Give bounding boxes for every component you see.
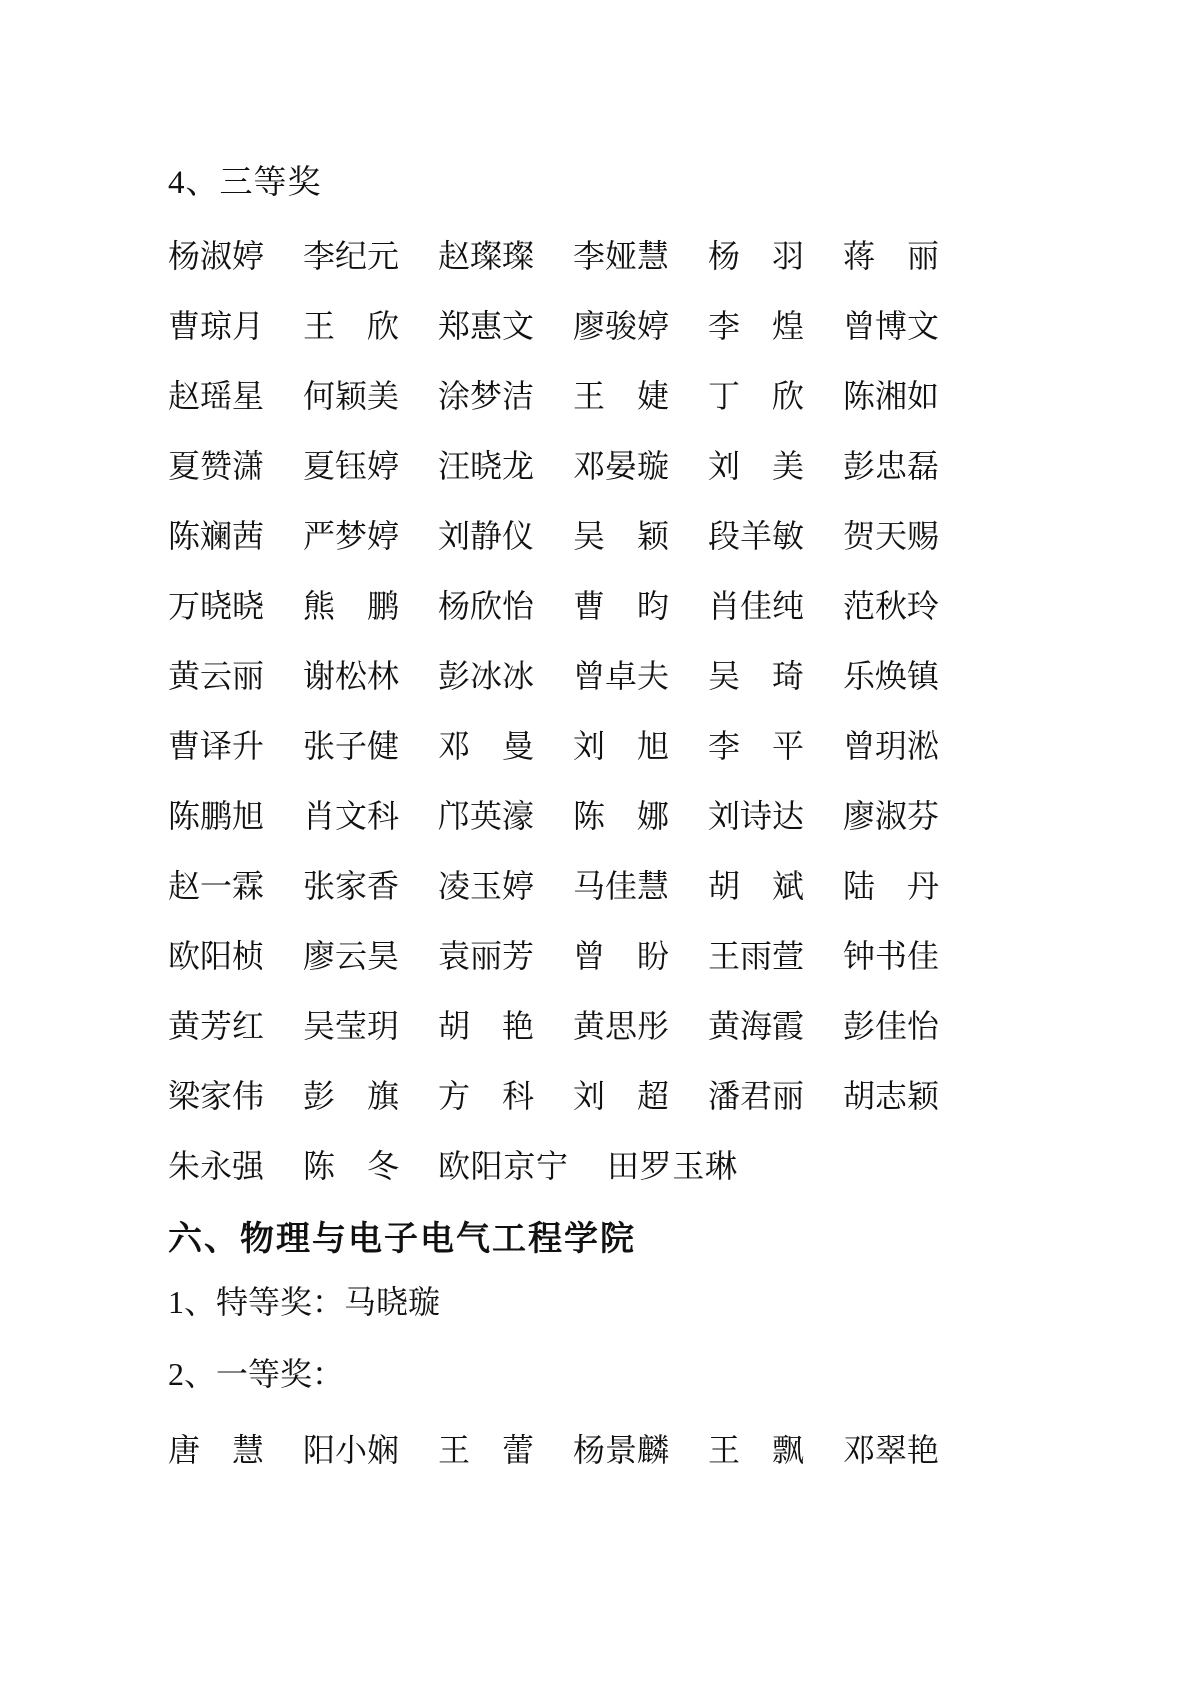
person-name: 李 平 <box>708 729 804 763</box>
person-name: 蒋 丽 <box>843 239 939 273</box>
person-name: 夏钰婷 <box>303 449 399 483</box>
person-name: 丁 欣 <box>708 379 804 413</box>
person-name: 彭忠磊 <box>843 449 939 483</box>
person-name: 王雨萱 <box>708 939 804 973</box>
name-row: 曹琼月王 欣郑惠文廖骏婷李 煌曾博文 <box>168 309 1101 343</box>
name-row: 万晓晓熊 鹏杨欣怡曹 昀肖佳纯范秋玲 <box>168 589 1101 623</box>
person-name: 方 科 <box>438 1079 534 1113</box>
person-name: 汪晓龙 <box>438 449 534 483</box>
person-name: 朱永强 <box>168 1149 264 1183</box>
person-name: 曾博文 <box>843 309 939 343</box>
person-name: 曾 盼 <box>573 939 669 973</box>
person-name: 邝英濠 <box>438 799 534 833</box>
person-name: 范秋玲 <box>843 589 939 623</box>
person-name: 杨淑婷 <box>168 239 264 273</box>
person-name: 陈斓茜 <box>168 519 264 553</box>
name-row: 黄芳红吴莹玥胡 艳黄思彤黄海霞彭佳怡 <box>168 1009 1101 1043</box>
first-prize-name-row: 唐 慧阳小娴王 蕾杨景麟王 飘邓翠艳 <box>168 1433 1101 1467</box>
person-name: 廖骏婷 <box>573 309 669 343</box>
person-name: 张家香 <box>303 869 399 903</box>
name-row: 赵一霖张家香凌玉婷马佳慧胡 斌陆 丹 <box>168 869 1101 903</box>
person-name: 贺天赐 <box>843 519 939 553</box>
person-name: 廖淑芬 <box>843 799 939 833</box>
name-row: 黄云丽谢松林彭冰冰曾卓夫吴 琦乐焕镇 <box>168 659 1101 693</box>
person-name: 袁丽芳 <box>438 939 534 973</box>
person-name: 王 蕾 <box>438 1433 534 1467</box>
person-name: 杨景麟 <box>573 1433 669 1467</box>
person-name: 彭佳怡 <box>843 1009 939 1043</box>
person-name: 王 飘 <box>708 1433 804 1467</box>
person-name: 黄海霞 <box>708 1009 804 1043</box>
special-prize-label: 1、特等奖： <box>168 1284 344 1320</box>
name-row: 曹译升张子健邓 曼刘 旭李 平曾玥淞 <box>168 729 1101 763</box>
first-prize-label-line: 2、一等奖： <box>168 1357 1101 1391</box>
person-name: 廖云昊 <box>303 939 399 973</box>
person-name: 李 煌 <box>708 309 804 343</box>
person-name: 严梦婷 <box>303 519 399 553</box>
person-name: 张子健 <box>303 729 399 763</box>
person-name: 郑惠文 <box>438 309 534 343</box>
person-name: 王 欣 <box>303 309 399 343</box>
special-prize-winner-name: 马晓璇 <box>344 1284 440 1320</box>
person-name: 吴 琦 <box>708 659 804 693</box>
person-name: 赵瑶星 <box>168 379 264 413</box>
third-prize-name-grid: 杨淑婷李纪元赵璨璨李娅慧杨 羽蒋 丽曹琼月王 欣郑惠文廖骏婷李 煌曾博文赵瑶星何… <box>168 239 1101 1183</box>
person-name: 田罗玉琳 <box>607 1149 737 1183</box>
name-row: 梁家伟彭 旗方 科刘 超潘君丽胡志颖 <box>168 1079 1101 1113</box>
person-name: 欧阳京宁 <box>438 1149 568 1183</box>
person-name: 刘 美 <box>708 449 804 483</box>
person-name: 何颖美 <box>303 379 399 413</box>
person-name: 潘君丽 <box>708 1079 804 1113</box>
person-name: 唐 慧 <box>168 1433 264 1467</box>
person-name: 曹琼月 <box>168 309 264 343</box>
person-name: 马佳慧 <box>573 869 669 903</box>
special-prize-line: 1、特等奖：马晓璇 <box>168 1285 1101 1319</box>
person-name: 肖佳纯 <box>708 589 804 623</box>
person-name: 夏赞潇 <box>168 449 264 483</box>
person-name: 阳小娴 <box>303 1433 399 1467</box>
person-name: 陆 丹 <box>843 869 939 903</box>
person-name: 吴莹玥 <box>303 1009 399 1043</box>
person-name: 刘诗达 <box>708 799 804 833</box>
person-name: 乐焕镇 <box>843 659 939 693</box>
person-name: 钟书佳 <box>843 939 939 973</box>
name-row: 赵瑶星何颖美涂梦洁王 婕丁 欣陈湘如 <box>168 379 1101 413</box>
person-name: 熊 鹏 <box>303 589 399 623</box>
name-row: 朱永强陈 冬欧阳京宁田罗玉琳 <box>168 1149 1101 1183</box>
person-name: 邓翠艳 <box>843 1433 939 1467</box>
college-section-heading: 六、物理与电子电气工程学院 <box>168 1219 1101 1259</box>
person-name: 杨欣怡 <box>438 589 534 623</box>
person-name: 李娅慧 <box>573 239 669 273</box>
name-row: 陈鹏旭肖文科邝英濠陈 娜刘诗达廖淑芬 <box>168 799 1101 833</box>
person-name: 谢松林 <box>303 659 399 693</box>
person-name: 吴 颖 <box>573 519 669 553</box>
name-row: 欧阳桢廖云昊袁丽芳曾 盼王雨萱钟书佳 <box>168 939 1101 973</box>
name-row: 夏赞潇夏钰婷汪晓龙邓晏璇刘 美彭忠磊 <box>168 449 1101 483</box>
person-name: 欧阳桢 <box>168 939 264 973</box>
person-name: 彭 旗 <box>303 1079 399 1113</box>
person-name: 赵一霖 <box>168 869 264 903</box>
person-name: 曾玥淞 <box>843 729 939 763</box>
person-name: 陈湘如 <box>843 379 939 413</box>
person-name: 杨 羽 <box>708 239 804 273</box>
person-name: 曹译升 <box>168 729 264 763</box>
person-name: 陈鹏旭 <box>168 799 264 833</box>
person-name: 陈 娜 <box>573 799 669 833</box>
document-page: 4、三等奖 杨淑婷李纪元赵璨璨李娅慧杨 羽蒋 丽曹琼月王 欣郑惠文廖骏婷李 煌曾… <box>0 0 1191 1684</box>
person-name: 李纪元 <box>303 239 399 273</box>
person-name: 黄云丽 <box>168 659 264 693</box>
person-name: 黄芳红 <box>168 1009 264 1043</box>
person-name: 胡 艳 <box>438 1009 534 1043</box>
person-name: 邓晏璇 <box>573 449 669 483</box>
person-name: 万晓晓 <box>168 589 264 623</box>
person-name: 曹 昀 <box>573 589 669 623</box>
person-name: 赵璨璨 <box>438 239 534 273</box>
person-name: 肖文科 <box>303 799 399 833</box>
person-name: 曾卓夫 <box>573 659 669 693</box>
person-name: 黄思彤 <box>573 1009 669 1043</box>
name-row: 陈斓茜严梦婷刘静仪吴 颖段羊敏贺天赐 <box>168 519 1101 553</box>
person-name: 段羊敏 <box>708 519 804 553</box>
third-prize-heading: 4、三等奖 <box>168 165 1101 201</box>
person-name: 胡 斌 <box>708 869 804 903</box>
name-row: 杨淑婷李纪元赵璨璨李娅慧杨 羽蒋 丽 <box>168 239 1101 273</box>
person-name: 梁家伟 <box>168 1079 264 1113</box>
person-name: 刘静仪 <box>438 519 534 553</box>
person-name: 刘 旭 <box>573 729 669 763</box>
person-name: 刘 超 <box>573 1079 669 1113</box>
person-name: 邓 曼 <box>438 729 534 763</box>
person-name: 胡志颖 <box>843 1079 939 1113</box>
person-name: 凌玉婷 <box>438 869 534 903</box>
person-name: 涂梦洁 <box>438 379 534 413</box>
person-name: 王 婕 <box>573 379 669 413</box>
person-name: 陈 冬 <box>303 1149 399 1183</box>
person-name: 彭冰冰 <box>438 659 534 693</box>
